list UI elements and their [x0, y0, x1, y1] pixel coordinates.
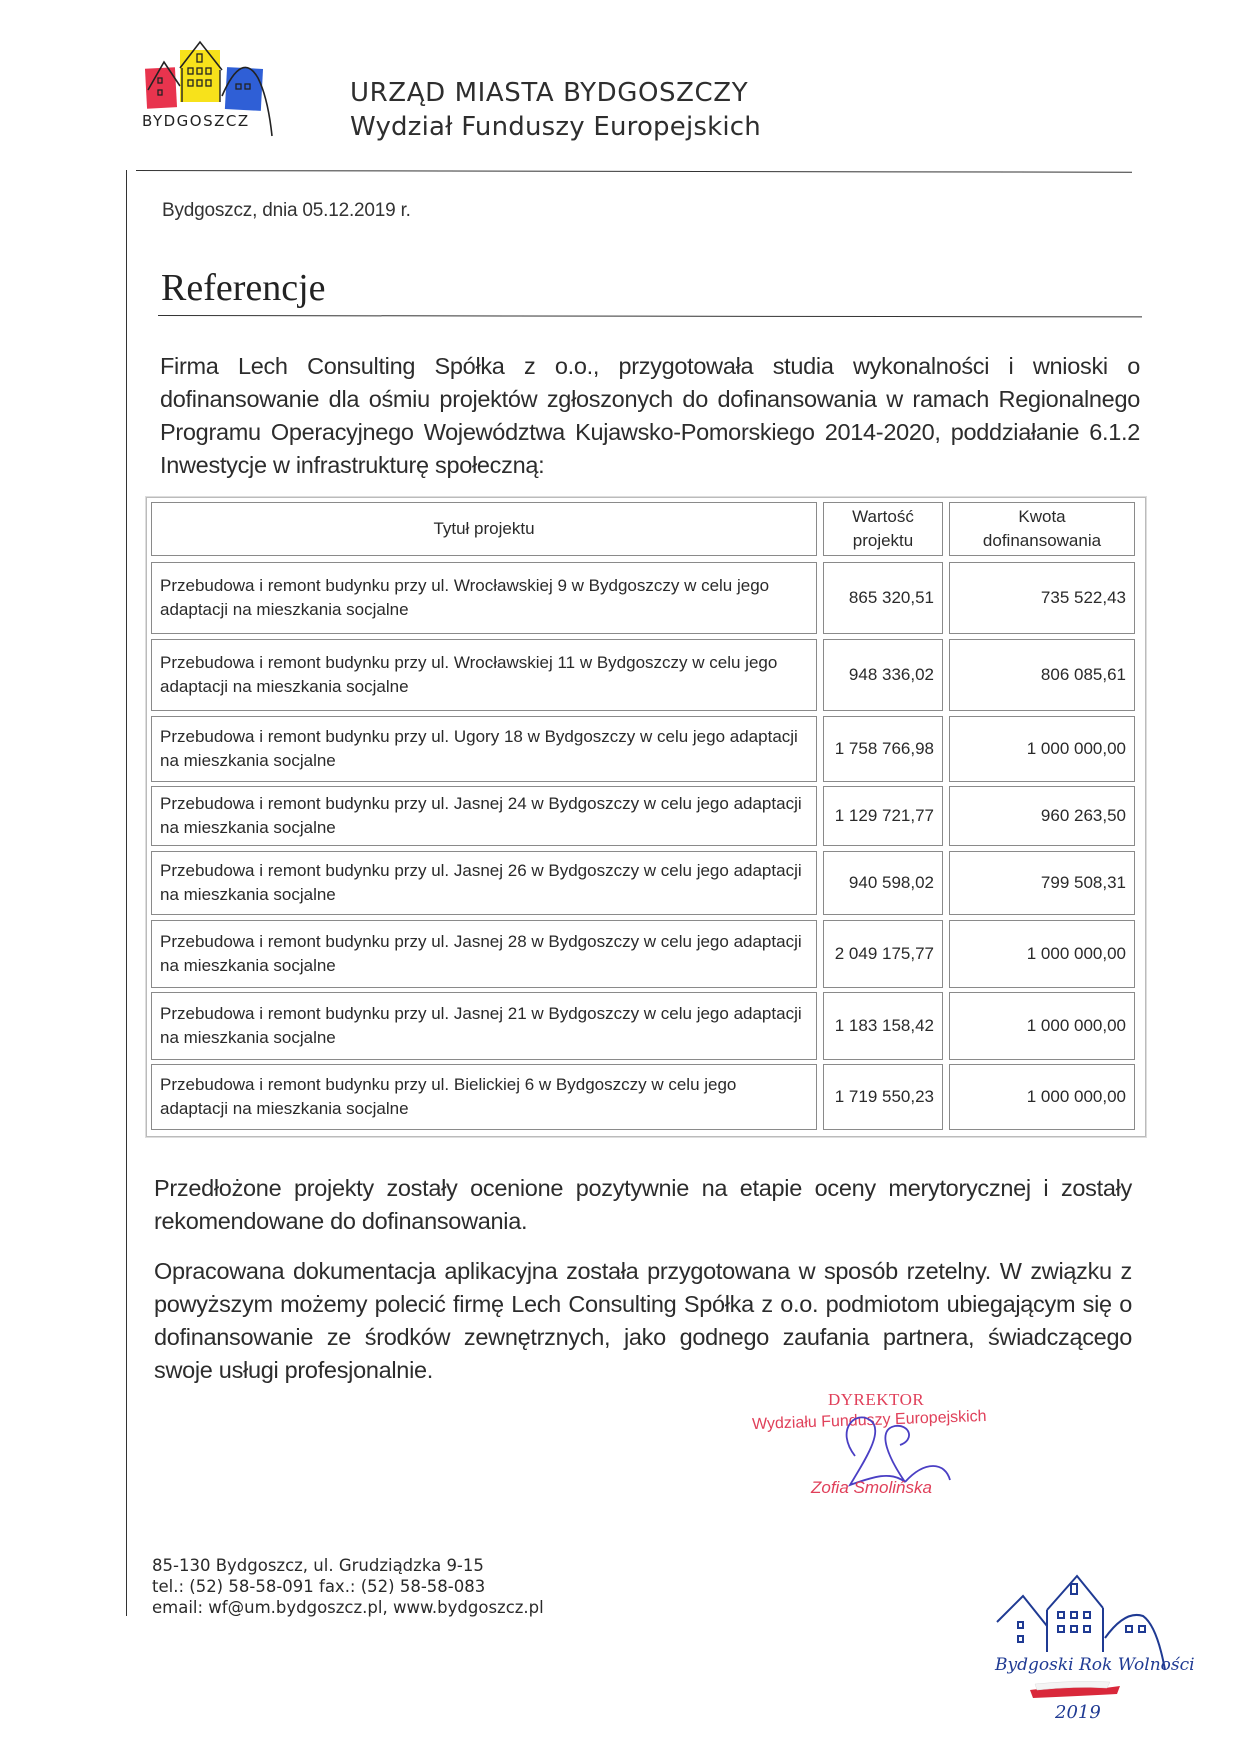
table-row-value-text: 1 758 766,98	[835, 737, 934, 761]
table-row-grant-text: 799 508,31	[1041, 871, 1126, 895]
table-row-value: 2 049 175,77	[823, 920, 943, 988]
table-row-value-text: 2 049 175,77	[835, 942, 934, 966]
table-row-grant-text: 960 263,50	[1041, 804, 1126, 828]
table-row-title: Przebudowa i remont budynku przy ul. Wro…	[151, 639, 817, 711]
director-stamp: DYREKTOR Wydziału Funduszy Europejskich …	[740, 1390, 1070, 1510]
header-project-value-text: Wartość projektu	[843, 505, 923, 553]
bydgoski-rok-wolnosci-logo: Bydgoski Rok Wolności 2019	[985, 1560, 1180, 1730]
table-row-value: 940 598,02	[823, 851, 943, 915]
table-row-title-text: Przebudowa i remont budynku przy ul. Wro…	[160, 651, 808, 699]
table-row-title-text: Przebudowa i remont budynku przy ul. Bie…	[160, 1073, 808, 1121]
table-row-title: Przebudowa i remont budynku przy ul. Ugo…	[151, 716, 817, 782]
table-row-value: 1 183 158,42	[823, 992, 943, 1060]
jubilee-text: Bydgoski Rok Wolności	[995, 1655, 1195, 1675]
table-row-value-text: 865 320,51	[849, 586, 934, 610]
header-grant-amount-text: Kwota dofinansowania	[972, 505, 1112, 553]
table-row-grant-text: 735 522,43	[1041, 586, 1126, 610]
table-row-grant: 1 000 000,00	[949, 1064, 1135, 1130]
table-row-grant: 799 508,31	[949, 851, 1135, 915]
table-row-title: Przebudowa i remont budynku przy ul. Wro…	[151, 562, 817, 634]
evaluation-paragraph: Przedłożone projekty zostały ocenione po…	[154, 1172, 1132, 1238]
table-row-grant-text: 1 000 000,00	[1027, 942, 1126, 966]
table-row-value-text: 940 598,02	[849, 871, 934, 895]
footer-address: 85-130 Bydgoszcz, ul. Grudziądzka 9-15	[152, 1555, 544, 1576]
header-project-title: Tytuł projektu	[151, 502, 817, 556]
projects-table: Tytuł projektuWartość projektuKwota dofi…	[146, 497, 1146, 1137]
stamp-signatory: Zofia Smolińska	[811, 1478, 932, 1498]
table-row-grant: 806 085,61	[949, 639, 1135, 711]
table-row-title-text: Przebudowa i remont budynku przy ul. Jas…	[160, 930, 808, 978]
table-row-value: 865 320,51	[823, 562, 943, 634]
table-row-value: 1 129 721,77	[823, 786, 943, 846]
table-row-title: Przebudowa i remont budynku przy ul. Jas…	[151, 992, 817, 1060]
table-row-title: Przebudowa i remont budynku przy ul. Bie…	[151, 1064, 817, 1130]
table-row-grant: 1 000 000,00	[949, 992, 1135, 1060]
table-row-value-text: 1 719 550,23	[835, 1085, 934, 1109]
intro-paragraph: Firma Lech Consulting Spółka z o.o., prz…	[160, 350, 1140, 482]
org-name: URZĄD MIASTA BYDGOSZCZY	[350, 76, 761, 110]
document-title: Referencje	[161, 266, 326, 310]
organization-header: URZĄD MIASTA BYDGOSZCZY Wydział Funduszy…	[350, 76, 761, 144]
table-row-grant-text: 1 000 000,00	[1027, 1085, 1126, 1109]
table-row-title-text: Przebudowa i remont budynku przy ul. Jas…	[160, 792, 808, 840]
department-name: Wydział Funduszy Europejskich	[350, 110, 761, 144]
recommendation-paragraph: Opracowana dokumentacja aplikacyjna zost…	[154, 1255, 1132, 1387]
header-project-value: Wartość projektu	[823, 502, 943, 556]
table-row-title-text: Przebudowa i remont budynku przy ul. Ugo…	[160, 725, 808, 773]
frame-top-rule	[136, 170, 1132, 173]
footer-contact: 85-130 Bydgoszcz, ul. Grudziądzka 9-15 t…	[152, 1555, 544, 1618]
table-row-grant: 960 263,50	[949, 786, 1135, 846]
table-row-grant: 1 000 000,00	[949, 920, 1135, 988]
table-row-value: 1 719 550,23	[823, 1064, 943, 1130]
table-row-grant-text: 1 000 000,00	[1027, 737, 1126, 761]
frame-left-rule	[126, 170, 127, 1616]
table-row-title-text: Przebudowa i remont budynku przy ul. Jas…	[160, 859, 808, 907]
table-row-title-text: Przebudowa i remont budynku przy ul. Wro…	[160, 574, 808, 622]
table-row-grant: 735 522,43	[949, 562, 1135, 634]
table-row-value: 948 336,02	[823, 639, 943, 711]
table-row-title: Przebudowa i remont budynku przy ul. Jas…	[151, 920, 817, 988]
footer-phone: tel.: (52) 58-58-091 fax.: (52) 58-58-08…	[152, 1576, 544, 1597]
table-row-title: Przebudowa i remont budynku przy ul. Jas…	[151, 786, 817, 846]
footer-email-web: email: wf@um.bydgoszcz.pl, www.bydgoszcz…	[152, 1597, 544, 1618]
header-project-title-text: Tytuł projektu	[433, 517, 534, 541]
bydgoszcz-logo: BYDGOSZCZ	[140, 38, 290, 138]
table-row-grant-text: 1 000 000,00	[1027, 1014, 1126, 1038]
header-grant-amount: Kwota dofinansowania	[949, 502, 1135, 556]
table-row-title: Przebudowa i remont budynku przy ul. Jas…	[151, 851, 817, 915]
table-row-value-text: 1 183 158,42	[835, 1014, 934, 1038]
table-row-grant-text: 806 085,61	[1041, 663, 1126, 687]
document-date: Bydgoszcz, dnia 05.12.2019 r.	[162, 200, 411, 222]
jubilee-year: 2019	[1055, 1702, 1101, 1723]
title-underline	[158, 315, 1142, 317]
table-row-title-text: Przebudowa i remont budynku przy ul. Jas…	[160, 1002, 808, 1050]
svg-text:BYDGOSZCZ: BYDGOSZCZ	[142, 112, 250, 130]
table-row-value: 1 758 766,98	[823, 716, 943, 782]
table-row-value-text: 1 129 721,77	[835, 804, 934, 828]
table-row-grant: 1 000 000,00	[949, 716, 1135, 782]
table-row-value-text: 948 336,02	[849, 663, 934, 687]
